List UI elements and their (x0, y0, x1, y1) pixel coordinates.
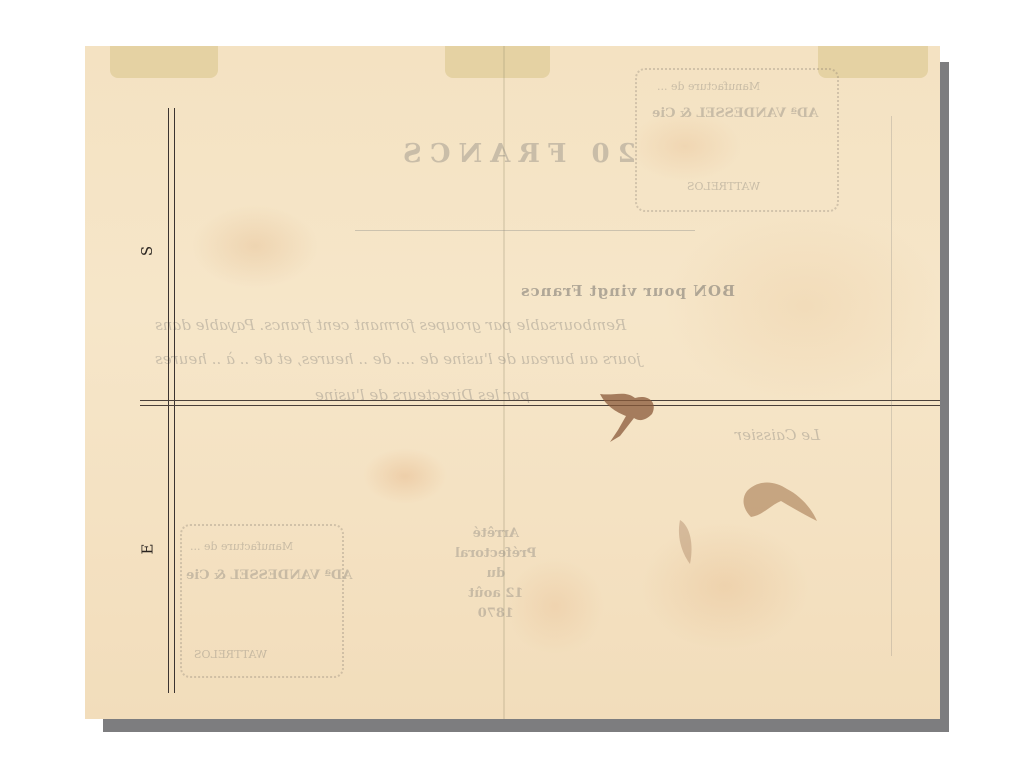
arrete-line: Préfectoral (455, 544, 537, 564)
arrete-line: 12 août (455, 584, 537, 604)
divider-line (355, 230, 695, 231)
mirrored-body-line: Remboursable par groupes formant cent fr… (155, 316, 626, 334)
mirrored-title: 20 FRANCS (395, 139, 636, 169)
stamp-line: Manufacture de ... (190, 540, 293, 553)
arrete-line: Arrêté (455, 524, 537, 544)
mirrored-arrete: Arrêté Préfectoral du 12 août 1870 (455, 524, 537, 624)
horizontal-double-rule (140, 400, 940, 406)
ink-stain (735, 471, 825, 531)
tape-mark (110, 46, 218, 78)
ink-stain (670, 516, 710, 576)
stamp-line: WATTRELOS (687, 180, 760, 193)
ink-stain (590, 386, 670, 446)
mirrored-body-line: jours au bureau de l'usine de .... de ..… (155, 350, 641, 368)
stamp-bottom-left: Manufacture de ... ADª VANDESSEL & Cie W… (180, 524, 344, 678)
arrete-line: du (455, 564, 537, 584)
margin-letter-s: S (138, 246, 156, 256)
stamp-line: ADª VANDESSEL & Cie (652, 106, 818, 121)
margin-letter-e: E (138, 544, 156, 555)
tape-mark (445, 46, 550, 78)
arrete-line: 1870 (455, 604, 537, 624)
mirrored-signature: Le Caissier (735, 426, 820, 444)
stamp-top-right: Manufacture de ... ADª VANDESSEL & Cie W… (635, 68, 839, 212)
scanned-document: 20 FRANCS BON pour vingt Francs Rembours… (85, 46, 940, 719)
stamp-line: Manufacture de ... (657, 80, 760, 93)
stamp-line: ADª VANDESSEL & Cie (186, 568, 352, 583)
faint-vertical-rule (891, 116, 892, 656)
stamp-line: WATTRELOS (194, 648, 267, 661)
mirrored-bon-heading: BON pour vingt Francs (520, 282, 735, 300)
